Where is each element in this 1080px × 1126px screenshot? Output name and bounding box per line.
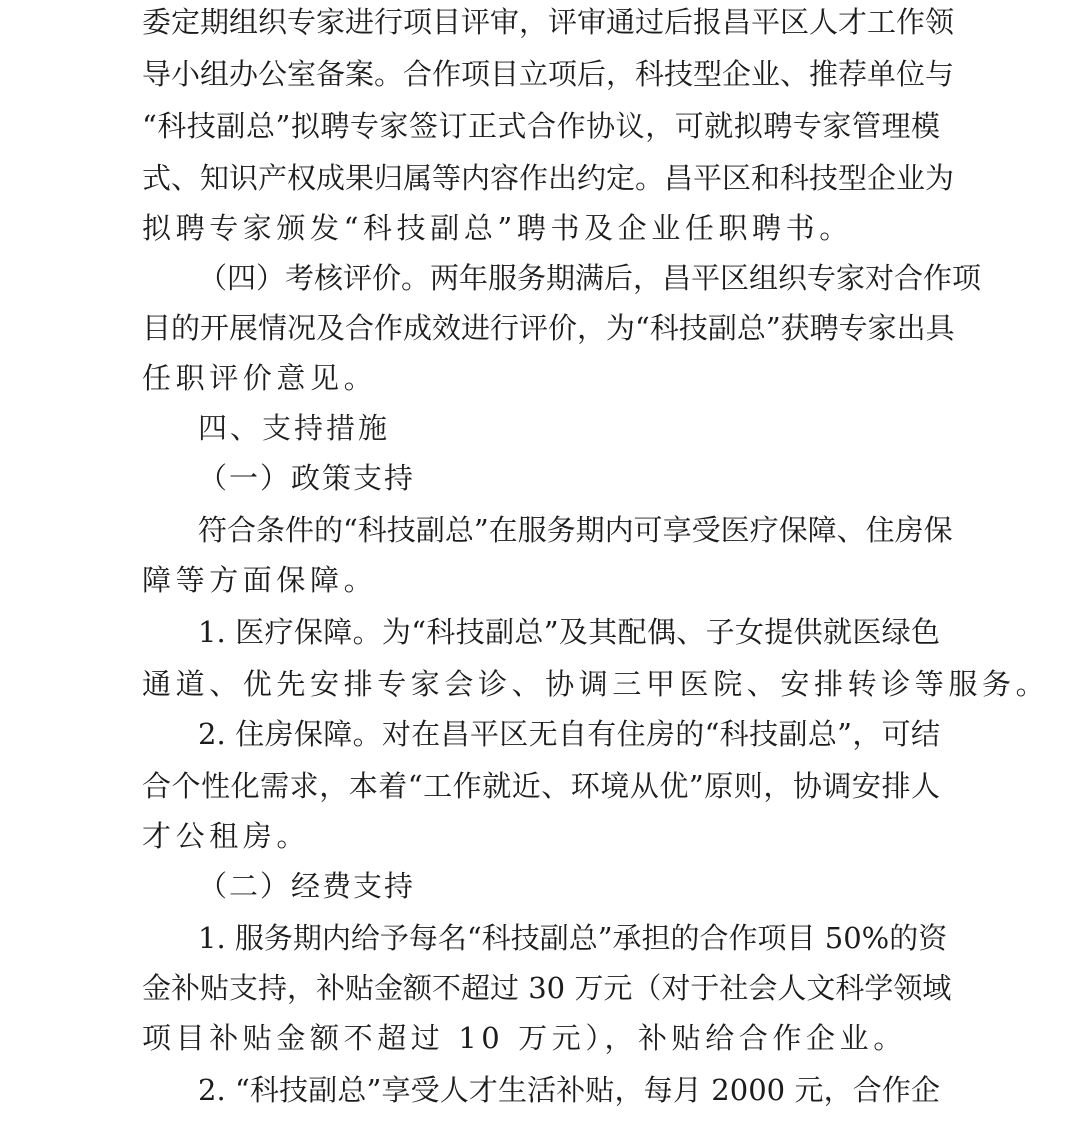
document-page: 委定期组织专家进行项目评审，评审通过后报昌平区人才工作领 导小组办公室备案。合作… bbox=[0, 0, 1080, 1126]
list-item-subsidy: 1. 服务期内给予每名“科技副总”承担的合作项目 50%的资 bbox=[198, 918, 940, 958]
subsection-heading-funding: （二）经费支持 bbox=[198, 866, 940, 906]
section-heading: 四、支持措施 bbox=[198, 408, 940, 448]
paragraph-line: 式、知识产权成果归属等内容作出约定。昌平区和科技型企业为 bbox=[142, 158, 940, 198]
list-item-housing: 2. 住房保障。对在昌平区无自有住房的“科技副总”，可结 bbox=[198, 714, 940, 754]
paragraph-line: 金补贴支持，补贴金额不超过 30 万元（对于社会人文科学领域 bbox=[142, 968, 940, 1008]
paragraph-line: “科技副总”拟聘专家签订正式合作协议，可就拟聘专家管理模 bbox=[142, 106, 940, 146]
paragraph-line: 才公租房。 bbox=[142, 816, 940, 856]
paragraph-line: 目的开展情况及合作成效进行评价，为“科技副总”获聘专家出具 bbox=[142, 308, 940, 348]
paragraph-line: 委定期组织专家进行项目评审，评审通过后报昌平区人才工作领 bbox=[142, 2, 940, 42]
paragraph-line: 符合条件的“科技副总”在服务期内可享受医疗保障、住房保 bbox=[198, 510, 940, 550]
paragraph-line: 拟聘专家颁发“科技副总”聘书及企业任职聘书。 bbox=[142, 208, 940, 248]
paragraph-line: 通道、优先安排专家会诊、协调三甲医院、安排转诊等服务。 bbox=[142, 664, 940, 704]
paragraph-line: 障等方面保障。 bbox=[142, 560, 940, 600]
list-item-medical: 1. 医疗保障。为“科技副总”及其配偶、子女提供就医绿色 bbox=[198, 612, 940, 652]
paragraph-line: 项目补贴金额不超过 10 万元），补贴给合作企业。 bbox=[142, 1018, 940, 1058]
paragraph-line: 任职评价意见。 bbox=[142, 358, 940, 398]
subsection-heading-policy: （一）政策支持 bbox=[198, 458, 940, 498]
paragraph-line: 合个性化需求，本着“工作就近、环境从优”原则，协调安排人 bbox=[142, 766, 940, 806]
list-item-living-allowance: 2. “科技副总”享受人才生活补贴，每月 2000 元，合作企 bbox=[198, 1070, 940, 1110]
section-item-assessment: （四）考核评价。两年服务期满后，昌平区组织专家对合作项 bbox=[198, 258, 940, 298]
paragraph-line: 导小组办公室备案。合作项目立项后，科技型企业、推荐单位与 bbox=[142, 54, 940, 94]
